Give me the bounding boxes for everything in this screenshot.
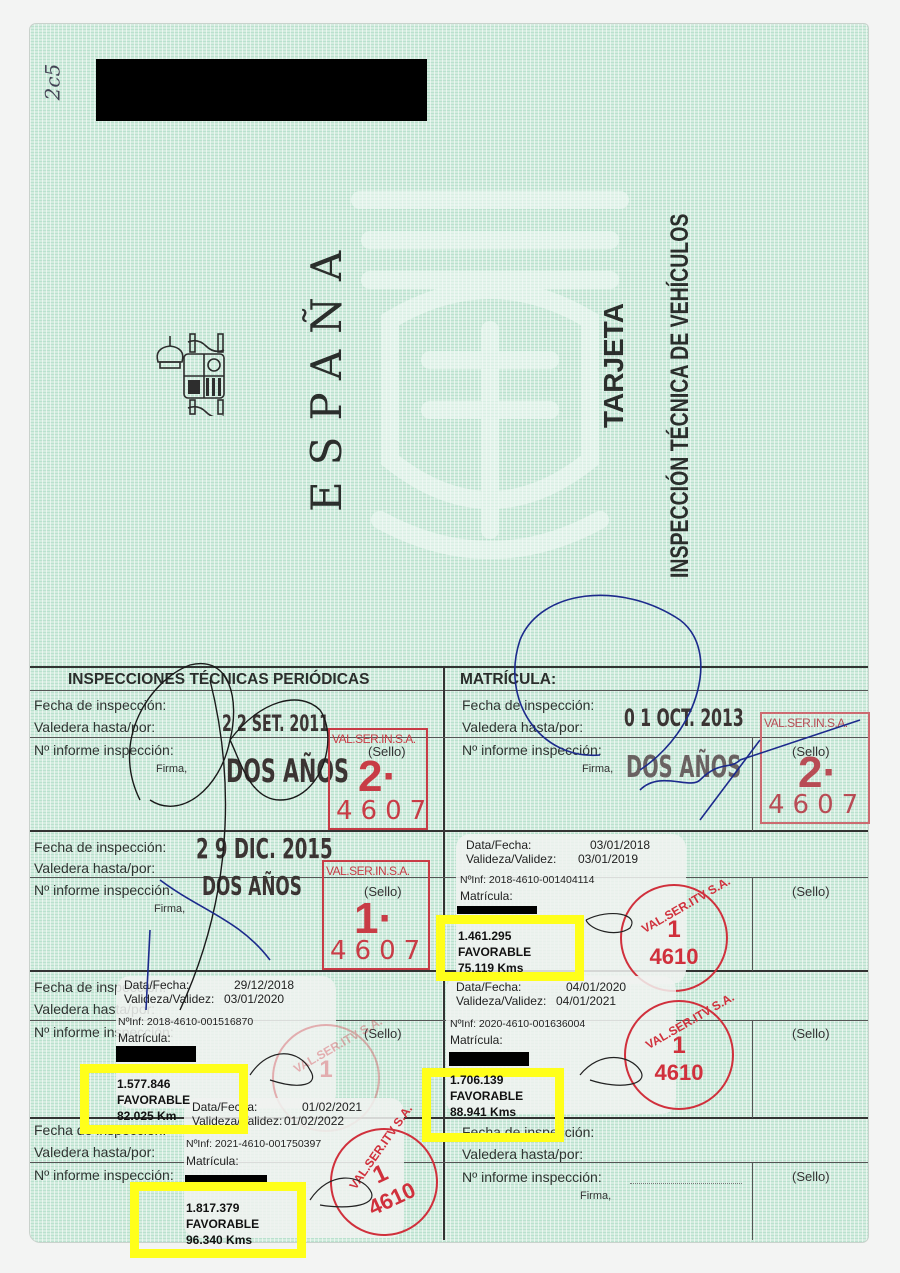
fecha-label: Fecha de inspección: xyxy=(34,697,166,713)
inspection-date: 0 1 OCT. 2013 xyxy=(624,704,744,732)
handwritten-note: 2c5 xyxy=(40,64,64,101)
redacted-owner xyxy=(96,59,427,121)
sticker-date: 01/02/2021 xyxy=(302,1100,362,1114)
highlight-text: 1.817.379 FAVORABLE 96.340 Kms xyxy=(186,1200,259,1248)
fecha-label: Data/Fecha: xyxy=(456,980,521,994)
inspection-date: 2 9 DIC. 2015 xyxy=(196,832,333,865)
sticker-date: 29/12/2018 xyxy=(234,978,294,992)
stamp-number: 1 xyxy=(622,916,726,944)
report-number: NºInf: 2018-4610-001404114 xyxy=(460,874,594,886)
matricula-label: Matrícula: xyxy=(186,1154,239,1168)
fecha-label: Data/Fecha: xyxy=(124,978,189,992)
matricula-label: Matrícula: xyxy=(450,1033,503,1047)
firma-label: Firma, xyxy=(582,763,613,775)
sello-divider xyxy=(752,1162,753,1240)
sticker-validity: 03/01/2019 xyxy=(578,852,638,866)
table-top-border xyxy=(30,666,868,668)
valedera-label: Valedera hasta/por: xyxy=(34,860,155,876)
informe-label: Nº informe inspección: xyxy=(462,742,602,758)
station-stamp: VAL.SER.IN.S.A. (Sello) 1· 4607 xyxy=(322,860,430,970)
country-name: ESPAÑA xyxy=(302,235,351,512)
valedera-label: Valedera hasta/por: xyxy=(462,1146,583,1162)
informe-label: Nº informe inspección: xyxy=(462,1169,602,1185)
matricula-label: Matrícula: xyxy=(460,889,513,903)
validity-period: DOS AÑOS xyxy=(626,750,741,785)
stamp-number: 1 xyxy=(626,1032,732,1060)
card-subtitle: INSPECCIÓN TÉCNICA DE VEHÍCULOS xyxy=(666,214,695,578)
report-number: NºInf: 2020-4610-001636004 xyxy=(450,1018,585,1030)
highlight-text: 1.577.846 FAVORABLE 82.025 Km xyxy=(117,1076,190,1124)
validez-label: Valideza/Validez: xyxy=(466,852,556,866)
sello-label: (Sello) xyxy=(792,1169,830,1184)
sticker-date: 03/01/2018 xyxy=(590,838,650,852)
redacted-plate xyxy=(449,1052,529,1066)
validez-label: Valideza/Validez: xyxy=(456,994,546,1008)
stamp-number: 1 xyxy=(274,1056,378,1084)
redacted-plate xyxy=(457,906,537,914)
fecha-label: Fecha de inspección: xyxy=(462,697,594,713)
stamp-company: VAL.SER.IN.S.A. xyxy=(326,864,410,878)
validity-period: DOS AÑOS xyxy=(202,872,302,902)
row-line xyxy=(30,877,868,878)
stamp-number: 2· xyxy=(358,752,397,802)
stamp-company: VAL.SER.IN.S.A. xyxy=(332,732,416,746)
station-stamp: VAL.SER.IN.S.A. 2· 4607 xyxy=(760,712,870,824)
card-title: TARJETA xyxy=(598,303,630,428)
firma-label: Firma, xyxy=(580,1190,611,1202)
header-divider xyxy=(30,690,868,691)
fecha-label: Data/Fecha: xyxy=(466,838,531,852)
coat-of-arms-icon xyxy=(152,332,244,416)
highlight-text: 1.706.139 FAVORABLE 88.941 Kms xyxy=(450,1072,523,1120)
sticker-validity: 04/01/2021 xyxy=(556,994,616,1008)
validez-label: Valideza/Validez: xyxy=(124,992,214,1006)
right-header: MATRÍCULA: xyxy=(460,671,556,689)
matricula-label: Matrícula: xyxy=(118,1031,171,1045)
stamp-code: 4610 xyxy=(626,1060,732,1086)
sticker-validity: 01/02/2022 xyxy=(284,1114,344,1128)
stamp-code: 4607 xyxy=(330,936,428,966)
sticker-date: 04/01/2020 xyxy=(566,980,626,994)
redacted-plate xyxy=(116,1046,196,1062)
stamp-code: 4607 xyxy=(768,790,866,820)
fecha-label: Fecha de inspección: xyxy=(34,839,166,855)
valedera-label: Valedera hasta/por: xyxy=(34,1144,155,1160)
firma-label: Firma, xyxy=(154,903,185,915)
valedera-label: Valedera hasta/por: xyxy=(462,719,583,735)
report-number: NºInf: 2021-4610-001750397 xyxy=(186,1138,321,1150)
stamp-code: 4610 xyxy=(622,944,726,970)
highlight-text: 1.461.295 FAVORABLE 75.119 Kms xyxy=(458,928,531,976)
firma-label: Firma, xyxy=(156,763,187,775)
report-number: NºInf: 2018-4610-001516870 xyxy=(118,1016,253,1028)
row-line xyxy=(30,1162,868,1163)
sello-label: (Sello) xyxy=(792,884,830,899)
left-header: INSPECCIONES TÉCNICAS PERIÓDICAS xyxy=(68,671,369,689)
sello-divider xyxy=(752,737,753,831)
section-line xyxy=(30,830,868,832)
itv-station-stamp: VAL.SER.ITV S.A. 1 4610 xyxy=(624,1000,734,1110)
stamp-company: VAL.SER.IN.S.A. xyxy=(764,716,848,730)
inspection-date: 2 2 SET. 2011 xyxy=(222,712,329,737)
stamp-code: 4607 xyxy=(336,796,434,826)
informe-label: Nº informe inspección: xyxy=(34,882,174,898)
informe-label: Nº informe inspección: xyxy=(34,742,174,758)
sello-divider xyxy=(752,877,753,971)
sello-label: (Sello) xyxy=(792,1026,830,1041)
informe-label: Nº informe inspección: xyxy=(34,1167,174,1183)
sello-divider xyxy=(752,1020,753,1118)
station-stamp: VAL.SER.IN.S.A. 2· 4607 xyxy=(328,728,428,830)
sticker-validity: 03/01/2020 xyxy=(224,992,284,1006)
dotted-line xyxy=(630,1183,742,1184)
valedera-label: Valedera hasta/por: xyxy=(34,719,155,735)
